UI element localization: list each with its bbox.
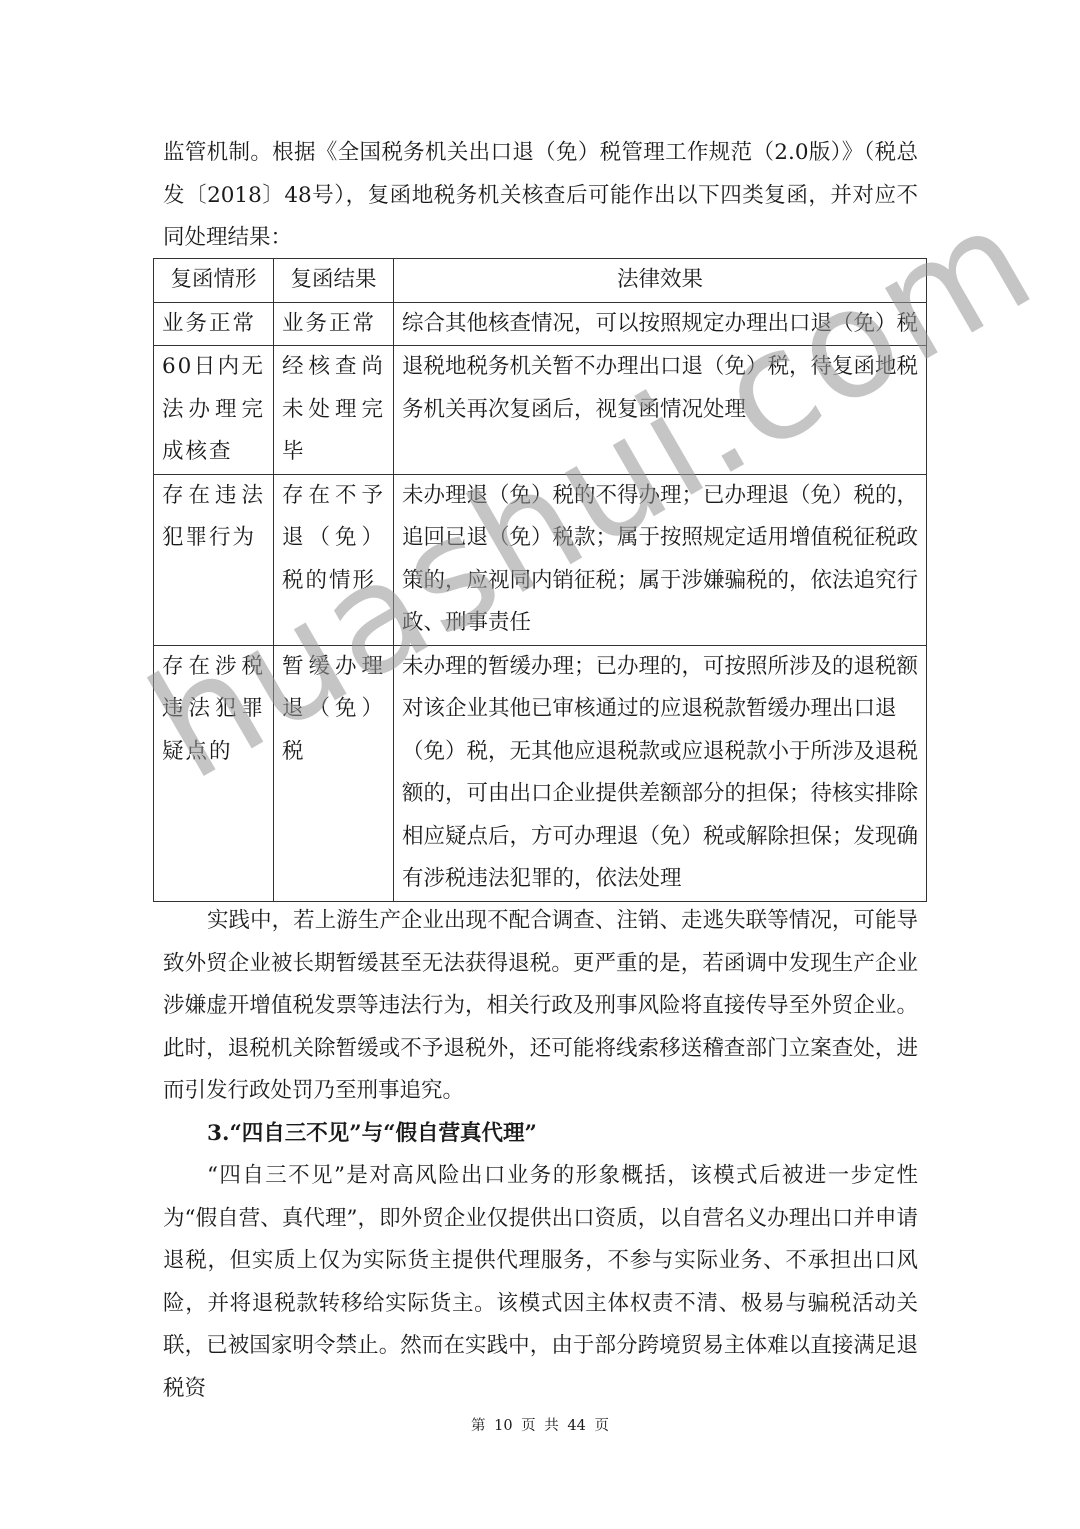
cell-situation: 60日内无法办理完成核查 (154, 346, 274, 475)
cell-situation: 业务正常 (154, 302, 274, 346)
table-row: 60日内无法办理完成核查 经核查尚未处理完毕 退税地税务机关暂不办理出口退（免）… (154, 346, 927, 475)
cell-result: 业务正常 (274, 302, 394, 346)
four-self-paragraph: “四自三不见”是对高风险出口业务的形象概括，该模式后被进一步定性为“假自营、真代… (163, 1155, 918, 1410)
cell-situation: 存在涉税违法犯罪疑点的 (154, 645, 274, 901)
cell-effect: 未办理退（免）税的不得办理；已办理退（免）税的，追回已退（免）税款；属于按照规定… (394, 474, 927, 645)
header-effect: 法律效果 (394, 259, 927, 303)
page-number-footer: 第 10 页 共 44 页 (0, 1414, 1080, 1435)
table-row: 存在涉税违法犯罪疑点的 暂缓办理退（免）税 未办理的暂缓办理；已办理的，可按照所… (154, 645, 927, 901)
document-page: 监管机制。根据《全国税务机关出口退（免）税管理工作规范（2.0版）》（税总发〔2… (0, 0, 1080, 1529)
cell-effect: 退税地税务机关暂不办理出口退（免）税，待复函地税务机关再次复函后，视复函情况处理 (394, 346, 927, 475)
cell-effect: 未办理的暂缓办理；已办理的，可按照所涉及的退税额对该企业其他已审核通过的应退税款… (394, 645, 927, 901)
cell-result: 存在不予退（免）税的情形 (274, 474, 394, 645)
cell-effect: 综合其他核查情况，可以按照规定办理出口退（免）税 (394, 302, 927, 346)
section-heading: 3.“四自三不见”与“假自营真代理” (207, 1113, 537, 1155)
reply-outcomes-table: 复函情形 复函结果 法律效果 业务正常 业务正常 综合其他核查情况，可以按照规定… (153, 258, 927, 902)
intro-paragraph: 监管机制。根据《全国税务机关出口退（免）税管理工作规范（2.0版）》（税总发〔2… (163, 132, 918, 260)
cell-situation: 存在违法犯罪行为 (154, 474, 274, 645)
cell-result: 经核查尚未处理完毕 (274, 346, 394, 475)
cell-result: 暂缓办理退（免）税 (274, 645, 394, 901)
header-situation: 复函情形 (154, 259, 274, 303)
table-row: 业务正常 业务正常 综合其他核查情况，可以按照规定办理出口退（免）税 (154, 302, 927, 346)
practice-paragraph: 实践中，若上游生产企业出现不配合调查、注销、走逃失联等情况，可能导致外贸企业被长… (163, 900, 918, 1113)
header-result: 复函结果 (274, 259, 394, 303)
table-row: 存在违法犯罪行为 存在不予退（免）税的情形 未办理退（免）税的不得办理；已办理退… (154, 474, 927, 645)
table-header-row: 复函情形 复函结果 法律效果 (154, 259, 927, 303)
